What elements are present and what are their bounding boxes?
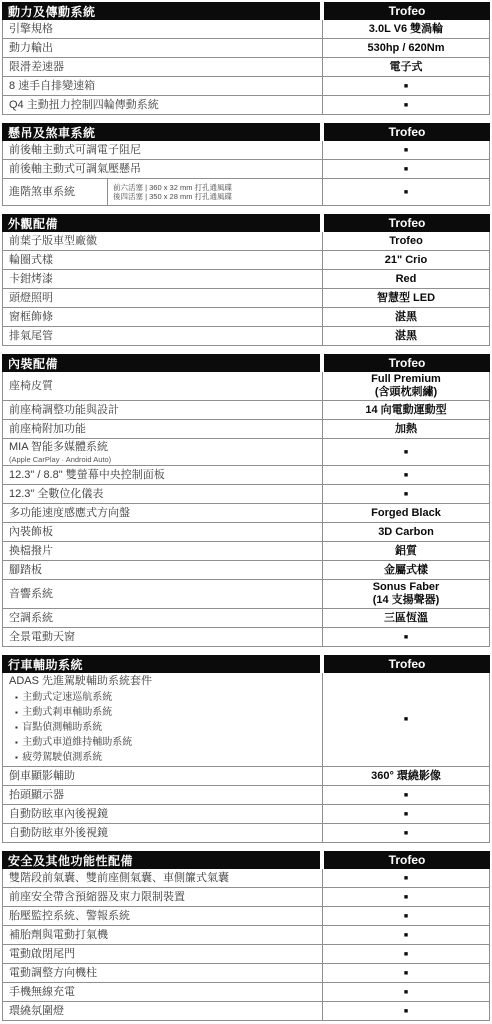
spec-label: 窗框飾條 [9,310,318,324]
spec-label-cell: 內裝飾板 [3,523,322,541]
spec-row: 動力輸出530hp / 620Nm [3,39,489,58]
spec-section: 懸吊及煞車系統Trofeo前後軸主動式可調電子阻尼■前後軸主動式可調氣壓懸吊■進… [2,123,490,206]
spec-value-cell: Forged Black [322,504,489,522]
spec-label-cell: 電動啟閉尾門 [3,945,322,963]
spec-label: 12.3" 全數位化儀表 [9,487,318,501]
standard-equipment-marker: ■ [322,907,489,925]
adas-feature-item: 主動式車道維持輔助系統 [9,735,318,750]
spec-row: 電動啟閉尾門■ [3,945,489,964]
spec-label-cell: 全景電動天窗 [3,628,322,646]
spec-label-cell: 動力輸出 [3,39,322,57]
spec-row: 窗框飾條湛黑 [3,308,489,327]
spec-row: 12.3" 全數位化儀表■ [3,485,489,504]
spec-label-cell: 進階煞車系統前六活塞 | 360 x 32 mm 打孔通風碟後四活塞 | 350… [3,179,322,205]
spec-label: 限滑差速器 [9,60,318,74]
standard-equipment-marker: ■ [322,1002,489,1020]
spec-row: 8 速手自排變速箱■ [3,77,489,96]
brake-spec-line: 後四活塞 | 350 x 28 mm 打孔通風碟 [113,192,320,201]
spec-row: 環繞氛圍燈■ [3,1002,489,1021]
spec-label-cell: ADAS 先進駕駛輔助系統套件主動式定速巡航系統主動式剎車輔助系統盲點偵測輔助系… [3,673,322,766]
spec-label: ADAS 先進駕駛輔助系統套件 [9,674,318,688]
spec-value-cell: 湛黑 [322,327,489,345]
spec-row: 換檔撥片鋁質 [3,542,489,561]
spec-label: 電動調整方向機柱 [9,966,318,980]
spec-row: 腳踏板金屬式樣 [3,561,489,580]
spec-row: 引擎規格3.0L V6 雙渦輪 [3,20,489,39]
spec-row: 12.3" / 8.8" 雙螢幕中央控制面板■ [3,466,489,485]
spec-row: 電動調整方向機柱■ [3,964,489,983]
spec-row: 多功能速度感應式方向盤Forged Black [3,504,489,523]
spec-section: 動力及傳動系統Trofeo引擎規格3.0L V6 雙渦輪動力輸出530hp / … [2,2,490,115]
spec-label-cell: 座椅皮質 [3,372,322,400]
spec-label: 前後軸主動式可調氣壓懸吊 [9,162,318,176]
brake-spec-line: 前六活塞 | 360 x 32 mm 打孔通風碟 [113,183,320,192]
spec-label-cell: 補胎劑與電動打氣機 [3,926,322,944]
spec-row: 卡鉗烤漆Red [3,270,489,289]
spec-row: 雙階段前氣囊、雙前座側氣囊、車側簾式氣囊■ [3,869,489,888]
spec-value-cell: 360° 環繞影像 [322,767,489,785]
spec-value-cell: 湛黑 [322,308,489,326]
spec-section: 行車輔助系統TrofeoADAS 先進駕駛輔助系統套件主動式定速巡航系統主動式剎… [2,655,490,843]
spec-label: 胎壓監控系統、警報系統 [9,909,318,923]
spec-value-line: (含頭枕刺繡) [375,386,437,399]
spec-label: 多功能速度感應式方向盤 [9,506,318,520]
spec-label: 空調系統 [9,611,318,625]
column-header-trofeo: Trofeo [324,354,490,372]
spec-value-line: Full Premium [371,373,441,386]
spec-label: 腳踏板 [9,563,318,577]
spec-row: 內裝飾板3D Carbon [3,523,489,542]
standard-equipment-marker: ■ [322,888,489,906]
spec-row: 前後軸主動式可調氣壓懸吊■ [3,160,489,179]
spec-label: 倒車顯影輔助 [9,769,318,783]
standard-equipment-marker: ■ [322,628,489,646]
column-header-trofeo: Trofeo [324,851,490,869]
section-title: 安全及其他功能性配備 [2,851,320,869]
spec-label: 輪圈式樣 [9,253,318,267]
spec-label-detail: 前六活塞 | 360 x 32 mm 打孔通風碟後四活塞 | 350 x 28 … [107,179,322,205]
standard-equipment-marker: ■ [322,805,489,823]
spec-label-cell: 輪圈式樣 [3,251,322,269]
column-header-trofeo: Trofeo [324,655,490,673]
adas-feature-item: 疲勞駕駛偵測系統 [9,750,318,765]
spec-label: 排氣尾管 [9,329,318,343]
spec-value-cell: 14 向電動運動型 [322,401,489,419]
adas-feature-item: 主動式剎車輔助系統 [9,705,318,720]
adas-feature-item: 盲點偵測輔助系統 [9,720,318,735]
spec-value-cell: Sonus Faber(14 支揚聲器) [322,580,489,608]
spec-row: 補胎劑與電動打氣機■ [3,926,489,945]
spec-label: 前座椅調整功能與設計 [9,403,318,417]
section-header: 安全及其他功能性配備Trofeo [2,851,490,869]
spec-row: 進階煞車系統前六活塞 | 360 x 32 mm 打孔通風碟後四活塞 | 350… [3,179,489,206]
spec-label-cell: 電動調整方向機柱 [3,964,322,982]
spec-label-cell: 自動防眩車內後視鏡 [3,805,322,823]
standard-equipment-marker: ■ [322,945,489,963]
spec-label: 自動防眩車內後視鏡 [9,807,318,821]
spec-label: 音響系統 [9,587,318,601]
spec-label-cell: 環繞氛圍燈 [3,1002,322,1020]
section-title: 動力及傳動系統 [2,2,320,20]
spec-label-cell: 自動防眩車外後視鏡 [3,824,322,842]
spec-label-cell: 窗框飾條 [3,308,322,326]
spec-label-cell: 前後軸主動式可調氣壓懸吊 [3,160,322,178]
standard-equipment-marker: ■ [322,964,489,982]
spec-label: 自動防眩車外後視鏡 [9,826,318,840]
spec-row: 前座椅附加功能加熱 [3,420,489,439]
spec-sublabel: (Apple CarPlay · Android Auto) [9,455,318,464]
spec-row: 前座安全帶含預縮器及束力限制裝置■ [3,888,489,907]
spec-label-cell: 12.3" 全數位化儀表 [3,485,322,503]
vehicle-spec-sheet: 動力及傳動系統Trofeo引擎規格3.0L V6 雙渦輪動力輸出530hp / … [0,0,492,1021]
standard-equipment-marker: ■ [322,926,489,944]
spec-label-cell: 換檔撥片 [3,542,322,560]
spec-row: 自動防眩車外後視鏡■ [3,824,489,843]
section-header: 行車輔助系統Trofeo [2,655,490,673]
spec-label: 頭燈照明 [9,291,318,305]
spec-value-cell: Trofeo [322,232,489,250]
spec-label: 動力輸出 [9,41,318,55]
spec-label: 內裝飾板 [9,525,318,539]
section-rows: 座椅皮質Full Premium(含頭枕刺繡)前座椅調整功能與設計14 向電動運… [2,372,490,647]
spec-row: 排氣尾管湛黑 [3,327,489,346]
standard-equipment-marker: ■ [322,485,489,503]
spec-row: 前後軸主動式可調電子阻尼■ [3,141,489,160]
section-rows: 引擎規格3.0L V6 雙渦輪動力輸出530hp / 620Nm限滑差速器電子式… [2,20,490,115]
spec-value-cell: 鋁質 [322,542,489,560]
spec-label: 前座椅附加功能 [9,422,318,436]
spec-label: 前座安全帶含預縮器及束力限制裝置 [9,890,318,904]
spec-row: 座椅皮質Full Premium(含頭枕刺繡) [3,372,489,401]
spec-row: 自動防眩車內後視鏡■ [3,805,489,824]
standard-equipment-marker: ■ [322,160,489,178]
spec-value-cell: Full Premium(含頭枕刺繡) [322,372,489,400]
spec-value-cell: 智慧型 LED [322,289,489,307]
section-header: 外觀配備Trofeo [2,214,490,232]
spec-label: 12.3" / 8.8" 雙螢幕中央控制面板 [9,468,318,482]
section-rows: 前葉子版車型廠徽Trofeo輪圈式樣21" Crio卡鉗烤漆Red頭燈照明智慧型… [2,232,490,346]
section-title: 懸吊及煞車系統 [2,123,320,141]
spec-label: 進階煞車系統 [3,179,107,205]
spec-value-cell: 金屬式樣 [322,561,489,579]
spec-value-line: Sonus Faber [373,581,440,594]
spec-label: 手機無線充電 [9,985,318,999]
spec-row: 輪圈式樣21" Crio [3,251,489,270]
standard-equipment-marker: ■ [322,77,489,95]
standard-equipment-marker: ■ [322,983,489,1001]
column-header-trofeo: Trofeo [324,123,490,141]
spec-label-cell: 頭燈照明 [3,289,322,307]
spec-label: 電動啟閉尾門 [9,947,318,961]
standard-equipment-marker: ■ [322,786,489,804]
spec-value-cell: 電子式 [322,58,489,76]
spec-label-cell: 音響系統 [3,580,322,608]
section-rows: 雙階段前氣囊、雙前座側氣囊、車側簾式氣囊■前座安全帶含預縮器及束力限制裝置■胎壓… [2,869,490,1021]
spec-row: 頭燈照明智慧型 LED [3,289,489,308]
spec-label-cell: 8 速手自排變速箱 [3,77,322,95]
spec-label-cell: 12.3" / 8.8" 雙螢幕中央控制面板 [3,466,322,484]
standard-equipment-marker: ■ [322,96,489,114]
adas-feature-item: 主動式定速巡航系統 [9,690,318,705]
spec-row: 空調系統三區恆溫 [3,609,489,628]
section-rows: 前後軸主動式可調電子阻尼■前後軸主動式可調氣壓懸吊■進階煞車系統前六活塞 | 3… [2,141,490,206]
spec-value-cell: 530hp / 620Nm [322,39,489,57]
spec-row: 胎壓監控系統、警報系統■ [3,907,489,926]
spec-row: Q4 主動扭力控制四輪傳動系統■ [3,96,489,115]
section-header: 內裝配備Trofeo [2,354,490,372]
spec-label: 抬頭顯示器 [9,788,318,802]
spec-label: 補胎劑與電動打氣機 [9,928,318,942]
spec-row: 抬頭顯示器■ [3,786,489,805]
spec-label-cell: 前座椅調整功能與設計 [3,401,322,419]
spec-label-cell: MIA 智能多媒體系統(Apple CarPlay · Android Auto… [3,439,322,465]
spec-value-cell: 三區恆溫 [322,609,489,627]
spec-section: 安全及其他功能性配備Trofeo雙階段前氣囊、雙前座側氣囊、車側簾式氣囊■前座安… [2,851,490,1021]
spec-label-cell: 引擎規格 [3,20,322,38]
spec-label-cell: 卡鉗烤漆 [3,270,322,288]
section-header: 動力及傳動系統Trofeo [2,2,490,20]
standard-equipment-marker: ■ [322,141,489,159]
spec-value-cell: 3D Carbon [322,523,489,541]
spec-row: 音響系統Sonus Faber(14 支揚聲器) [3,580,489,609]
spec-label-cell: 前葉子版車型廠徽 [3,232,322,250]
spec-label: 引擎規格 [9,22,318,36]
spec-row: 全景電動天窗■ [3,628,489,647]
spec-label-cell: 限滑差速器 [3,58,322,76]
spec-label-cell: 空調系統 [3,609,322,627]
column-header-trofeo: Trofeo [324,214,490,232]
section-title: 行車輔助系統 [2,655,320,673]
spec-label: 座椅皮質 [9,379,318,393]
section-title: 外觀配備 [2,214,320,232]
adas-feature-list: 主動式定速巡航系統主動式剎車輔助系統盲點偵測輔助系統主動式車道維持輔助系統疲勞駕… [9,690,318,765]
spec-label: 卡鉗烤漆 [9,272,318,286]
spec-section: 外觀配備Trofeo前葉子版車型廠徽Trofeo輪圈式樣21" Crio卡鉗烤漆… [2,214,490,346]
spec-label-cell: 腳踏板 [3,561,322,579]
spec-label-cell: 雙階段前氣囊、雙前座側氣囊、車側簾式氣囊 [3,869,322,887]
spec-value-line: (14 支揚聲器) [373,594,440,607]
spec-label: 全景電動天窗 [9,630,318,644]
section-header: 懸吊及煞車系統Trofeo [2,123,490,141]
spec-label-cell: 前座安全帶含預縮器及束力限制裝置 [3,888,322,906]
standard-equipment-marker: ■ [322,466,489,484]
spec-label: 雙階段前氣囊、雙前座側氣囊、車側簾式氣囊 [9,871,318,885]
standard-equipment-marker: ■ [322,869,489,887]
spec-label: 換檔撥片 [9,544,318,558]
spec-section: 內裝配備Trofeo座椅皮質Full Premium(含頭枕刺繡)前座椅調整功能… [2,354,490,647]
spec-row: ADAS 先進駕駛輔助系統套件主動式定速巡航系統主動式剎車輔助系統盲點偵測輔助系… [3,673,489,767]
spec-label-cell: 手機無線充電 [3,983,322,1001]
spec-value-cell: 21" Crio [322,251,489,269]
spec-label-cell: 抬頭顯示器 [3,786,322,804]
spec-label: Q4 主動扭力控制四輪傳動系統 [9,98,318,112]
standard-equipment-marker: ■ [322,179,489,205]
spec-row: 前座椅調整功能與設計14 向電動運動型 [3,401,489,420]
spec-row: 手機無線充電■ [3,983,489,1002]
spec-row: MIA 智能多媒體系統(Apple CarPlay · Android Auto… [3,439,489,466]
column-header-trofeo: Trofeo [324,2,490,20]
spec-row: 倒車顯影輔助360° 環繞影像 [3,767,489,786]
spec-label: MIA 智能多媒體系統 [9,440,318,454]
spec-row: 前葉子版車型廠徽Trofeo [3,232,489,251]
spec-label-cell: 胎壓監控系統、警報系統 [3,907,322,925]
standard-equipment-marker: ■ [322,673,489,766]
spec-label: 8 速手自排變速箱 [9,79,318,93]
standard-equipment-marker: ■ [322,824,489,842]
spec-value-cell: Red [322,270,489,288]
section-title: 內裝配備 [2,354,320,372]
spec-value-cell: 3.0L V6 雙渦輪 [322,20,489,38]
spec-label-cell: 前座椅附加功能 [3,420,322,438]
section-rows: ADAS 先進駕駛輔助系統套件主動式定速巡航系統主動式剎車輔助系統盲點偵測輔助系… [2,673,490,843]
spec-label-cell: 排氣尾管 [3,327,322,345]
spec-label-cell: 多功能速度感應式方向盤 [3,504,322,522]
spec-value-cell: 加熱 [322,420,489,438]
spec-label: 環繞氛圍燈 [9,1004,318,1018]
standard-equipment-marker: ■ [322,439,489,465]
spec-label: 前葉子版車型廠徽 [9,234,318,248]
spec-label: 前後軸主動式可調電子阻尼 [9,143,318,157]
spec-label-cell: 倒車顯影輔助 [3,767,322,785]
spec-row: 限滑差速器電子式 [3,58,489,77]
spec-label-cell: Q4 主動扭力控制四輪傳動系統 [3,96,322,114]
spec-label-cell: 前後軸主動式可調電子阻尼 [3,141,322,159]
